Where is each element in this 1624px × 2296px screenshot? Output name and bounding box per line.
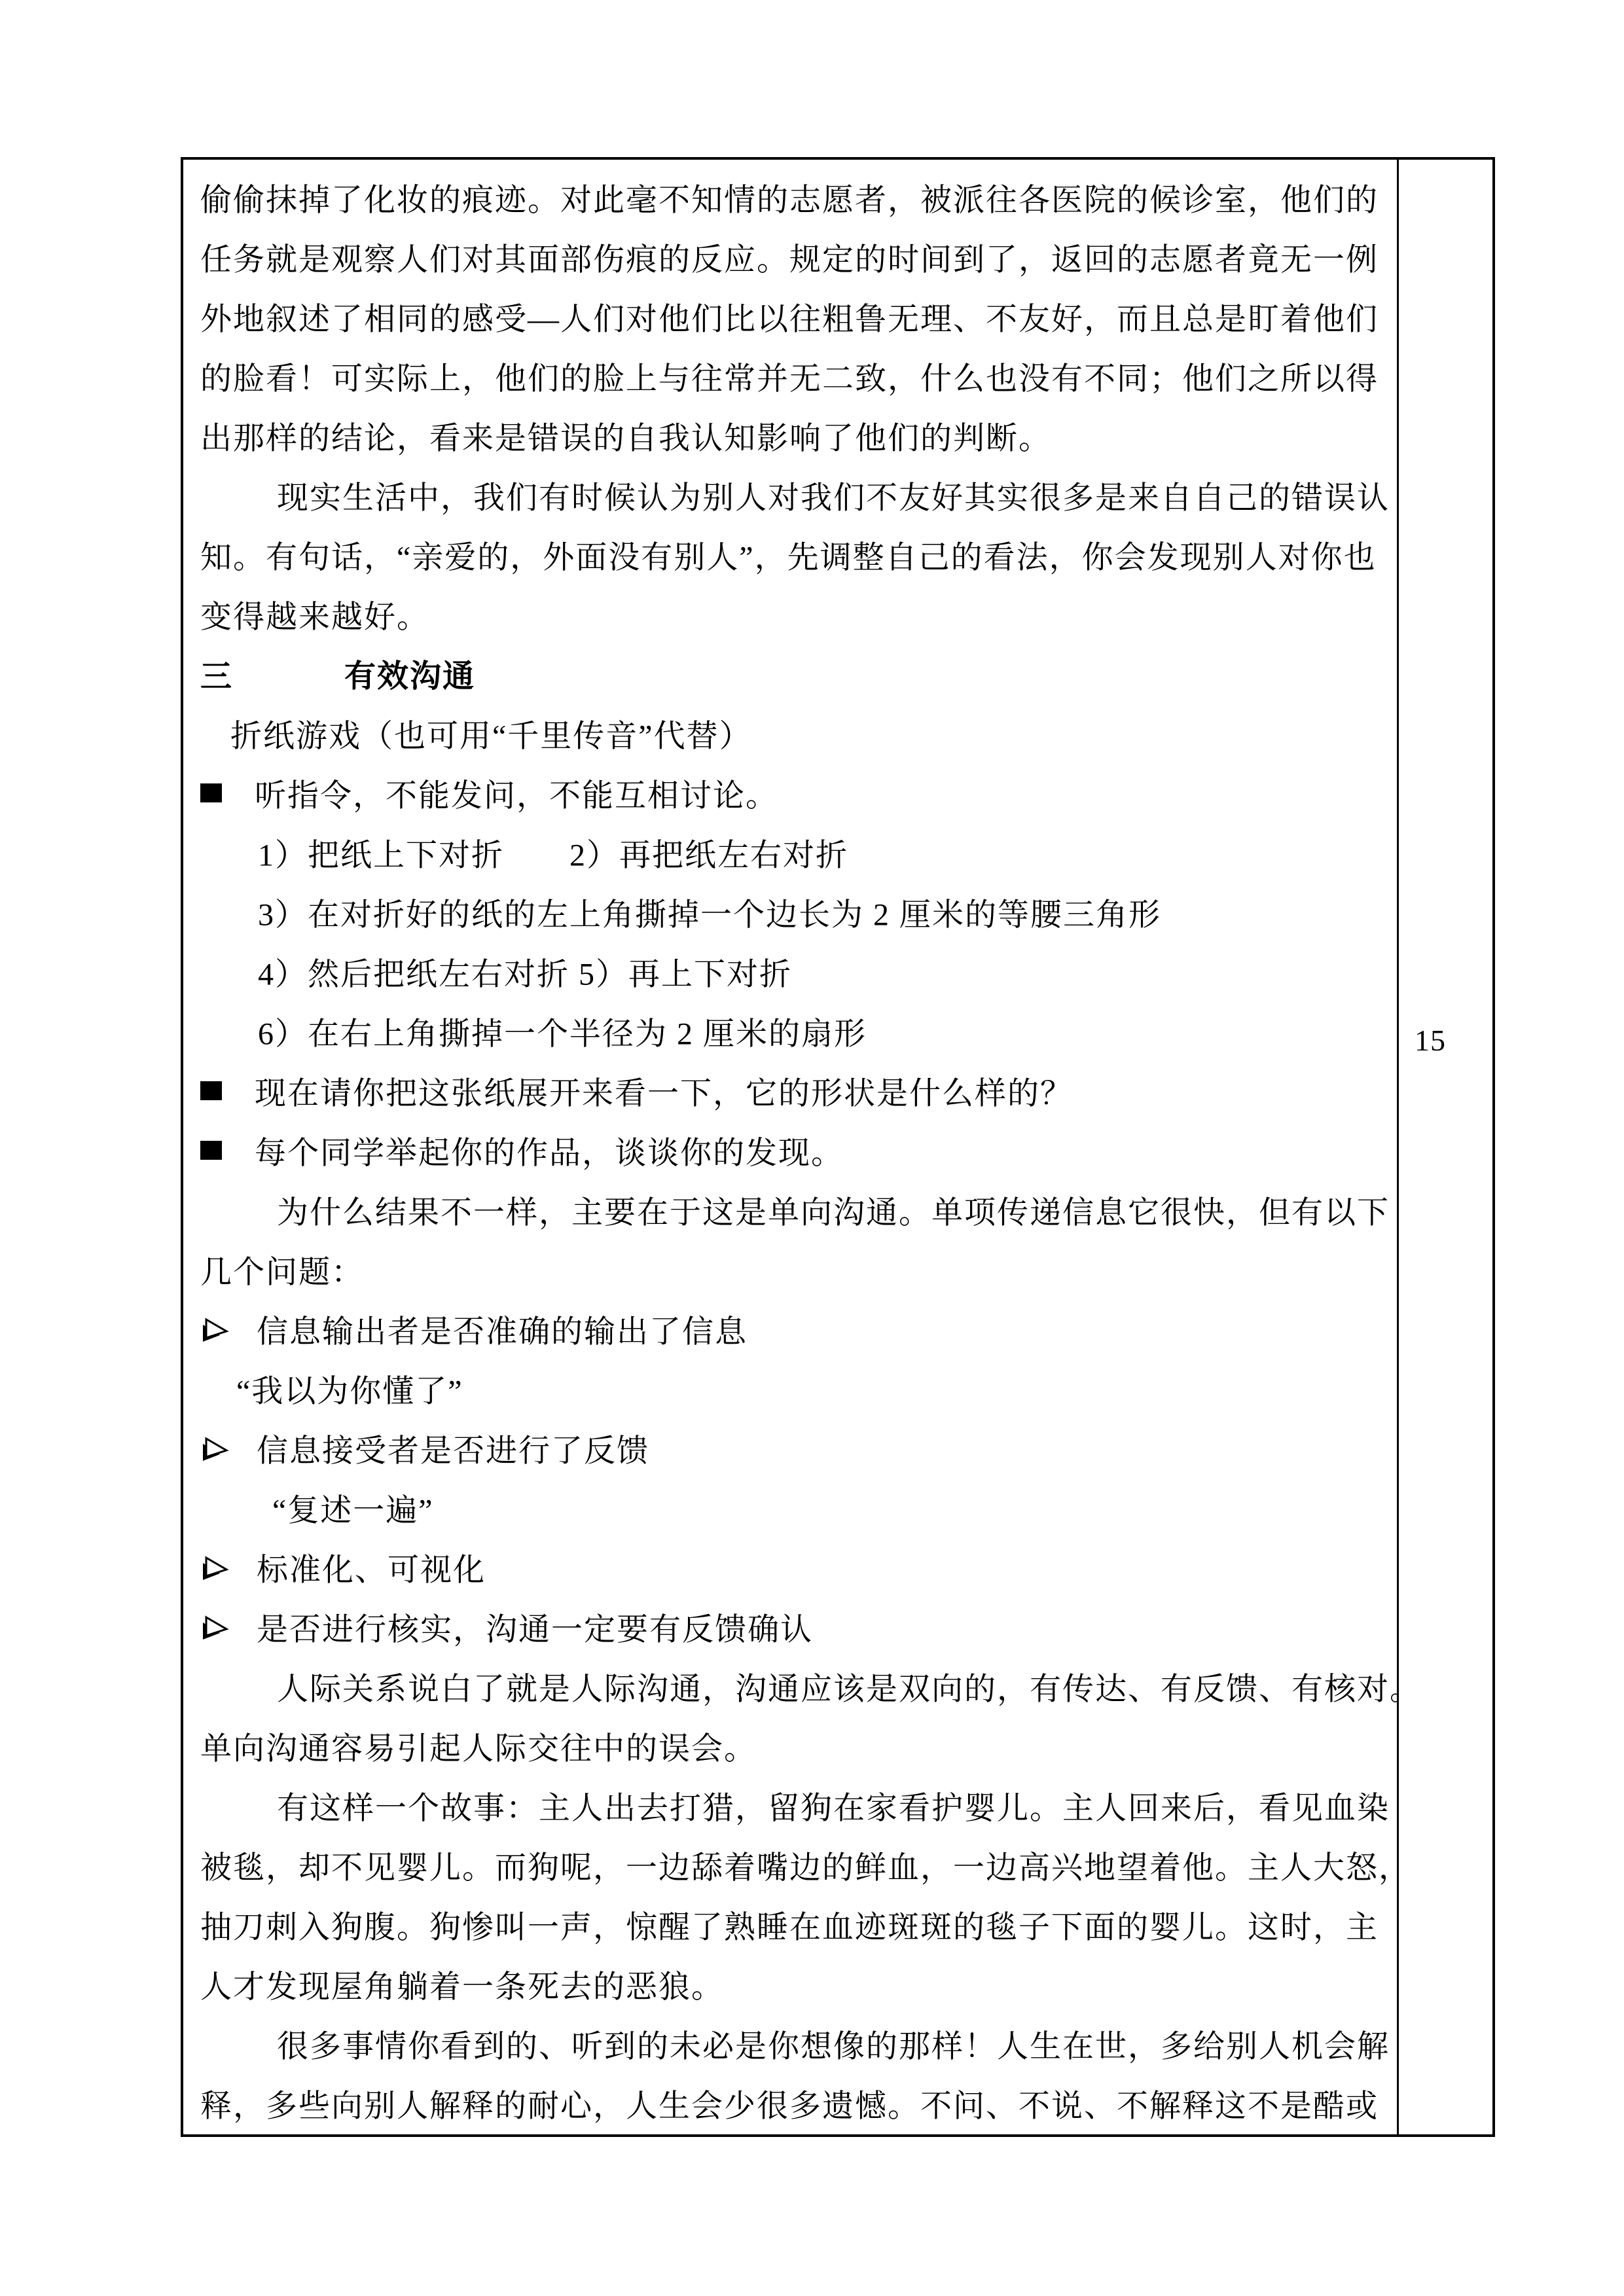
- text-line: 6）在右上角撕掉一个半径为 2 厘米的扇形: [200, 1001, 1397, 1061]
- line-text: 变得越来越好。: [200, 600, 429, 634]
- text-line: 有这样一个故事：主人出去打猎，留狗在家看护婴儿。主人回来后，看见血染: [200, 1776, 1397, 1835]
- text-line: 出那样的结论，看来是错误的自我认知影响了他们的判断。: [200, 406, 1397, 465]
- line-text: 折纸游戏（也可用“千里传音”代替）: [230, 719, 752, 753]
- text-line: “复述一遍”: [200, 1478, 1397, 1537]
- side-number: 15: [1415, 1011, 1446, 1070]
- text-line: 信息接受者是否进行了反馈: [200, 1418, 1397, 1478]
- page-number-cell: 15: [1399, 160, 1492, 2134]
- text-line: 4）然后把纸左右对折 5）再上下对折: [200, 942, 1397, 1001]
- line-text: 信息输出者是否准确的输出了信息: [257, 1314, 748, 1349]
- text-line: 现在请你把这张纸展开来看一下，它的形状是什么样的？: [200, 1061, 1397, 1121]
- text-line: 单向沟通容易引起人际交往中的误会。: [200, 1716, 1397, 1776]
- line-text: 释，多些向别人解释的耐心，人生会少很多遗憾。不问、不说、不解释这不是酷或: [200, 2089, 1379, 2123]
- text-line: 被毯，却不见婴儿。而狗呢，一边舔着嘴边的鲜血，一边高兴地望着他。主人大怒，: [200, 1835, 1397, 1895]
- line-text: 为什么结果不一样，主要在于这是单向沟通。单项传递信息它很快，但有以下: [277, 1195, 1390, 1230]
- line-text: 任务就是观察人们对其面部伤痕的反应。规定的时间到了，返回的志愿者竟无一例: [200, 242, 1379, 277]
- text-line: 现实生活中，我们有时候认为别人对我们不友好其实很多是来自自己的错误认: [200, 465, 1397, 525]
- text-line: 外地叙述了相同的感受—人们对他们比以往粗鲁无理、不友好，而且总是盯着他们: [200, 287, 1397, 346]
- line-text: 出那样的结论，看来是错误的自我认知影响了他们的判断。: [200, 421, 1051, 456]
- line-text: 很多事情你看到的、听到的未必是你想像的那样！人生在世，多给别人机会解: [277, 2029, 1390, 2064]
- text-line: 人际关系说白了就是人际沟通，沟通应该是双向的，有传达、有反馈、有核对。: [200, 1657, 1397, 1716]
- text-line: 的脸看！可实际上，他们的脸上与往常并无二致，什么也没有不同；他们之所以得: [200, 346, 1397, 406]
- text-line: 1）把纸上下对折 2）再把纸左右对折: [200, 823, 1397, 882]
- text-line: 人才发现屋角躺着一条死去的恶狼。: [200, 1954, 1397, 2014]
- line-text: 人际关系说白了就是人际沟通，沟通应该是双向的，有传达、有反馈、有核对。: [277, 1672, 1399, 1706]
- arrow-bullet-icon: [200, 1613, 230, 1642]
- heading-number: 三: [200, 659, 233, 694]
- line-text: 的脸看！可实际上，他们的脸上与往常并无二致，什么也没有不同；他们之所以得: [200, 361, 1379, 396]
- text-line: 折纸游戏（也可用“千里传音”代替）: [200, 704, 1397, 763]
- heading-title: 有效沟通: [344, 659, 475, 694]
- line-text: 有这样一个故事：主人出去打猎，留狗在家看护婴儿。主人回来后，看见血染: [277, 1791, 1390, 1825]
- arrow-bullet-icon: [200, 1316, 230, 1344]
- text-line: 听指令，不能发问，不能互相讨论。: [200, 763, 1397, 823]
- text-line: 几个问题：: [200, 1240, 1397, 1299]
- text-line: 是否进行核实，沟通一定要有反馈确认: [200, 1597, 1397, 1657]
- line-text: 信息接受者是否进行了反馈: [257, 1433, 649, 1468]
- line-text: 现实生活中，我们有时候认为别人对我们不友好其实很多是来自自己的错误认: [277, 480, 1390, 515]
- line-text: 抽刀刺入狗腹。狗惨叫一声，惊醒了熟睡在血迹斑斑的毯子下面的婴儿。这时，主: [200, 1910, 1379, 1945]
- line-text: 听指令，不能发问，不能互相讨论。: [255, 778, 778, 813]
- line-text: 现在请你把这张纸展开来看一下，它的形状是什么样的？: [255, 1076, 1073, 1111]
- line-text: 6）在右上角撕掉一个半径为 2 厘米的扇形: [258, 1016, 867, 1051]
- text-line: 释，多些向别人解释的耐心，人生会少很多遗憾。不问、不说、不解释这不是酷或: [200, 2073, 1397, 2133]
- line-text: 人才发现屋角躺着一条死去的恶狼。: [200, 1969, 724, 2004]
- line-text: 每个同学举起你的作品，谈谈你的发现。: [255, 1136, 844, 1170]
- line-text: 外地叙述了相同的感受—人们对他们比以往粗鲁无理、不友好，而且总是盯着他们: [200, 302, 1379, 336]
- document-table: 偷偷抹掉了化妆的痕迹。对此毫不知情的志愿者，被派往各医院的候诊室，他们的任务就是…: [181, 157, 1495, 2137]
- section-heading: 三有效沟通: [200, 644, 1397, 704]
- text-line: 知。有句话，“亲爱的，外面没有别人”，先调整自己的看法，你会发现别人对你也: [200, 525, 1397, 584]
- text-line: 抽刀刺入狗腹。狗惨叫一声，惊醒了熟睡在血迹斑斑的毯子下面的婴儿。这时，主: [200, 1895, 1397, 1954]
- arrow-bullet-icon: [200, 1435, 230, 1463]
- line-text: “复述一遍”: [272, 1493, 434, 1528]
- text-line: 偷偷抹掉了化妆的痕迹。对此毫不知情的志愿者，被派往各医院的候诊室，他们的: [200, 168, 1397, 227]
- line-text: 是否进行核实，沟通一定要有反馈确认: [257, 1612, 813, 1647]
- text-line: 为什么结果不一样，主要在于这是单向沟通。单项传递信息它很快，但有以下: [200, 1180, 1397, 1240]
- document-page: 偷偷抹掉了化妆的痕迹。对此毫不知情的志愿者，被派往各医院的候诊室，他们的任务就是…: [0, 0, 1624, 2296]
- line-text: 几个问题：: [200, 1255, 364, 1289]
- content-cell: 偷偷抹掉了化妆的痕迹。对此毫不知情的志愿者，被派往各医院的候诊室，他们的任务就是…: [183, 160, 1399, 2134]
- square-bullet-icon: [200, 783, 222, 802]
- line-text: 1）把纸上下对折 2）再把纸左右对折: [258, 838, 848, 872]
- line-text: “我以为你懂了”: [236, 1374, 463, 1408]
- text-line: “我以为你懂了”: [200, 1359, 1397, 1418]
- square-bullet-icon: [200, 1141, 222, 1160]
- line-text: 知。有句话，“亲爱的，外面没有别人”，先调整自己的看法，你会发现别人对你也: [200, 540, 1377, 575]
- text-line: 任务就是观察人们对其面部伤痕的反应。规定的时间到了，返回的志愿者竟无一例: [200, 227, 1397, 287]
- line-text: 4）然后把纸左右对折 5）再上下对折: [258, 957, 792, 992]
- square-bullet-icon: [200, 1081, 222, 1100]
- text-line: 信息输出者是否准确的输出了信息: [200, 1299, 1397, 1359]
- text-line: 很多事情你看到的、听到的未必是你想像的那样！人生在世，多给别人机会解: [200, 2014, 1397, 2073]
- text-line: 3）在对折好的纸的左上角撕掉一个边长为 2 厘米的等腰三角形: [200, 882, 1397, 942]
- line-text: 3）在对折好的纸的左上角撕掉一个边长为 2 厘米的等腰三角形: [258, 897, 1161, 932]
- line-text: 被毯，却不见婴儿。而狗呢，一边舔着嘴边的鲜血，一边高兴地望着他。主人大怒，: [200, 1850, 1399, 1885]
- line-text: 标准化、可视化: [257, 1552, 486, 1587]
- arrow-bullet-icon: [200, 1554, 230, 1583]
- text-line: 标准化、可视化: [200, 1537, 1397, 1597]
- line-text: 偷偷抹掉了化妆的痕迹。对此毫不知情的志愿者，被派往各医院的候诊室，他们的: [200, 183, 1379, 217]
- line-text: 单向沟通容易引起人际交往中的误会。: [200, 1731, 757, 1766]
- text-line: 变得越来越好。: [200, 584, 1397, 644]
- text-line: 每个同学举起你的作品，谈谈你的发现。: [200, 1121, 1397, 1180]
